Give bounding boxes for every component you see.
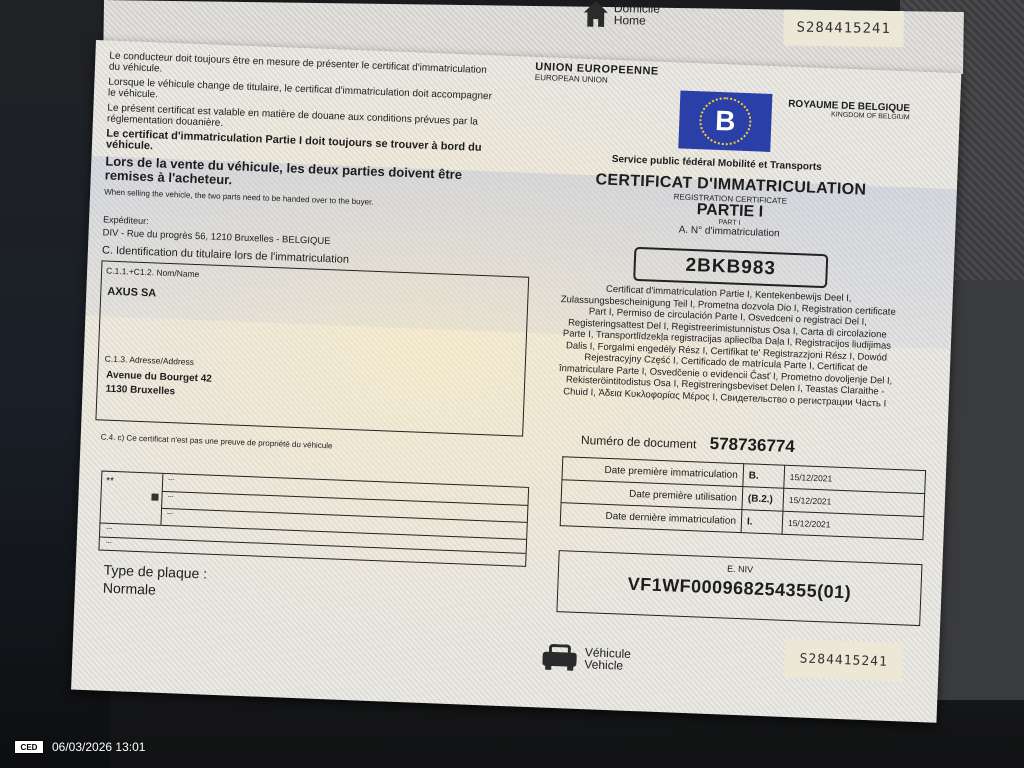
document-number-label: Numéro de document (581, 433, 697, 451)
top-card-serial: S284415241 (783, 9, 903, 47)
date-code: I. (741, 510, 783, 535)
grid-cell: --- (168, 477, 174, 483)
holder-box: C.1.1.+C1.2. Nom/Name AXUS SA C.1.3. Adr… (95, 260, 529, 436)
grid-row-line (100, 537, 526, 554)
camera-stamp: CED 06/03/2026 13:01 (14, 740, 145, 754)
grid-marker-icon (151, 493, 158, 500)
grid-cell: --- (106, 526, 112, 532)
vehicle-section: Véhicule Vehicle (542, 644, 631, 673)
document-number: 578736774 (709, 434, 795, 456)
home-section: Domicile Home (584, 1, 660, 28)
plate-type: Type de plaque : Normale (103, 561, 208, 601)
certificate-title-block: CERTIFICAT D'IMMATRICULATION REGISTRATIO… (569, 170, 891, 243)
country-letter: B (678, 90, 772, 151)
notices: Le conducteur doit toujours être en mesu… (104, 51, 500, 217)
service-name: Service public fédéral Mobilité et Trans… (612, 154, 822, 173)
grid-cell: --- (167, 511, 173, 517)
dates-table: Date première immatriculation B. 15/12/2… (560, 456, 926, 540)
grid-row-line (100, 523, 526, 540)
registration-certificate: Le conducteur doit toujours être en mesu… (71, 40, 961, 723)
grid-star-mark: ** (106, 476, 114, 487)
multilingual-title: Certificat d'immatriculation Partie I, K… (555, 282, 899, 410)
holder-address-line2: 1130 Bruxelles (105, 384, 175, 398)
holder-address-line1: Avenue du Bourget 42 (106, 370, 212, 385)
date-code: B. (743, 464, 785, 489)
document-number-row: Numéro de document 578736774 (581, 429, 795, 457)
date-code: (B.2.) (742, 487, 784, 512)
camera-logo-icon: CED (14, 740, 44, 754)
vin-box: E. NIV VF1WF000968254355(01) (556, 550, 922, 626)
grid-row-line (161, 508, 527, 523)
date-value: 15/12/2021 (782, 511, 924, 539)
camera-datetime: 06/03/2026 13:01 (52, 740, 145, 754)
car-icon (542, 644, 577, 671)
holder-name: AXUS SA (107, 286, 156, 300)
additional-info-grid: ** --- --- --- --- --- (98, 471, 529, 567)
eu-header: UNION EUROPEENNE EUROPEAN UNION (535, 61, 659, 87)
footer-serial: S284415241 (784, 639, 903, 682)
grid-cell: --- (106, 540, 112, 546)
home-icon (584, 1, 608, 27)
holder-address-label: C.1.3. Adresse/Address (105, 354, 195, 367)
grid-cell: --- (167, 494, 173, 500)
eu-flag: B (678, 90, 772, 151)
home-label-en: Home (614, 14, 660, 27)
holder-name-label: C.1.1.+C1.2. Nom/Name (106, 266, 200, 280)
grid-row-line (162, 491, 528, 506)
ownership-note: C.4. c) Ce certificat n'est pas une preu… (101, 432, 333, 450)
kingdom-header: ROYAUME DE BELGIQUE KINGDOM OF BELGIUM (774, 98, 911, 121)
grid-divider (160, 474, 163, 525)
